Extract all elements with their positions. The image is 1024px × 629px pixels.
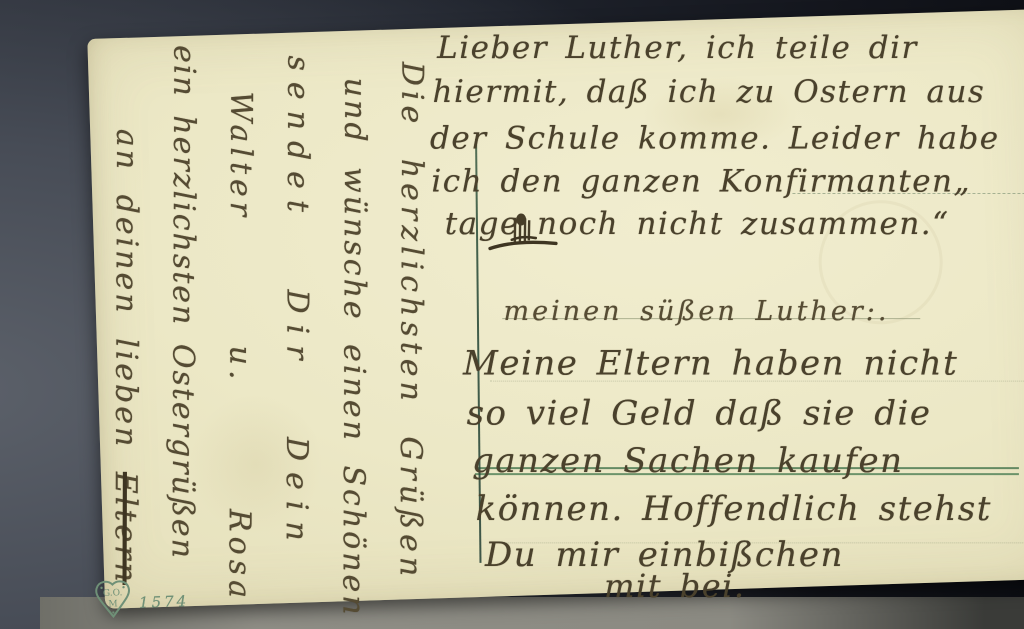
handwriting-line-rotated: ein herzlichsten Ostergrüßen	[152, 37, 211, 593]
series-number: 1574	[139, 592, 190, 612]
photo-of-postcard: Lieber Luther, ich teile dir hiermit, da…	[0, 0, 1024, 629]
handwriting-text: an deinen lieben	[108, 129, 144, 450]
handwriting-salutation: meinen süßen Luther:.	[504, 296, 890, 327]
handwriting-line: Meine Eltern haben nicht	[463, 343, 958, 383]
crossed-out-word: Eltern	[108, 472, 143, 585]
handwriting-line-rotated: Die herzlichsten Grüßen	[380, 38, 439, 594]
rotated-message-block: Die herzlichsten Grüßen und wünsche eine…	[93, 37, 439, 594]
handwriting-line-rotated: Walter u. Rosa	[209, 37, 268, 593]
postcard: Lieber Luther, ich teile dir hiermit, da…	[87, 9, 1024, 609]
handwriting-line: Lieber Luther, ich teile dir	[437, 30, 918, 66]
handwriting-line: mit bei.	[604, 567, 745, 605]
handwriting-line: können. Hoffendlich stehst	[476, 489, 992, 529]
handwriting-line-rotated: und wünsche einen Schönen	[323, 38, 382, 594]
publisher-monogram-bottom: M	[108, 599, 118, 609]
publisher-logo-shield-icon: G.O. M	[92, 578, 133, 621]
handwriting-line-rotated: an deinen lieben Eltern	[95, 37, 154, 593]
handwriting-line: hiermit, daß ich zu Ostern aus	[433, 74, 986, 110]
publisher-monogram-top: G.O.	[103, 588, 123, 599]
handwriting-line: der Schule komme. Leider habe	[430, 120, 1000, 156]
handwriting-line: ich den ganzen Konfirmanten„	[431, 163, 971, 199]
handwriting-line: so viel Geld daß sie die	[467, 393, 932, 433]
handwriting-line: ganzen Sachen kaufen	[472, 441, 903, 481]
handwriting-line-rotated: sendet Dir Dein	[266, 37, 325, 593]
ink-scribble	[485, 208, 571, 265]
